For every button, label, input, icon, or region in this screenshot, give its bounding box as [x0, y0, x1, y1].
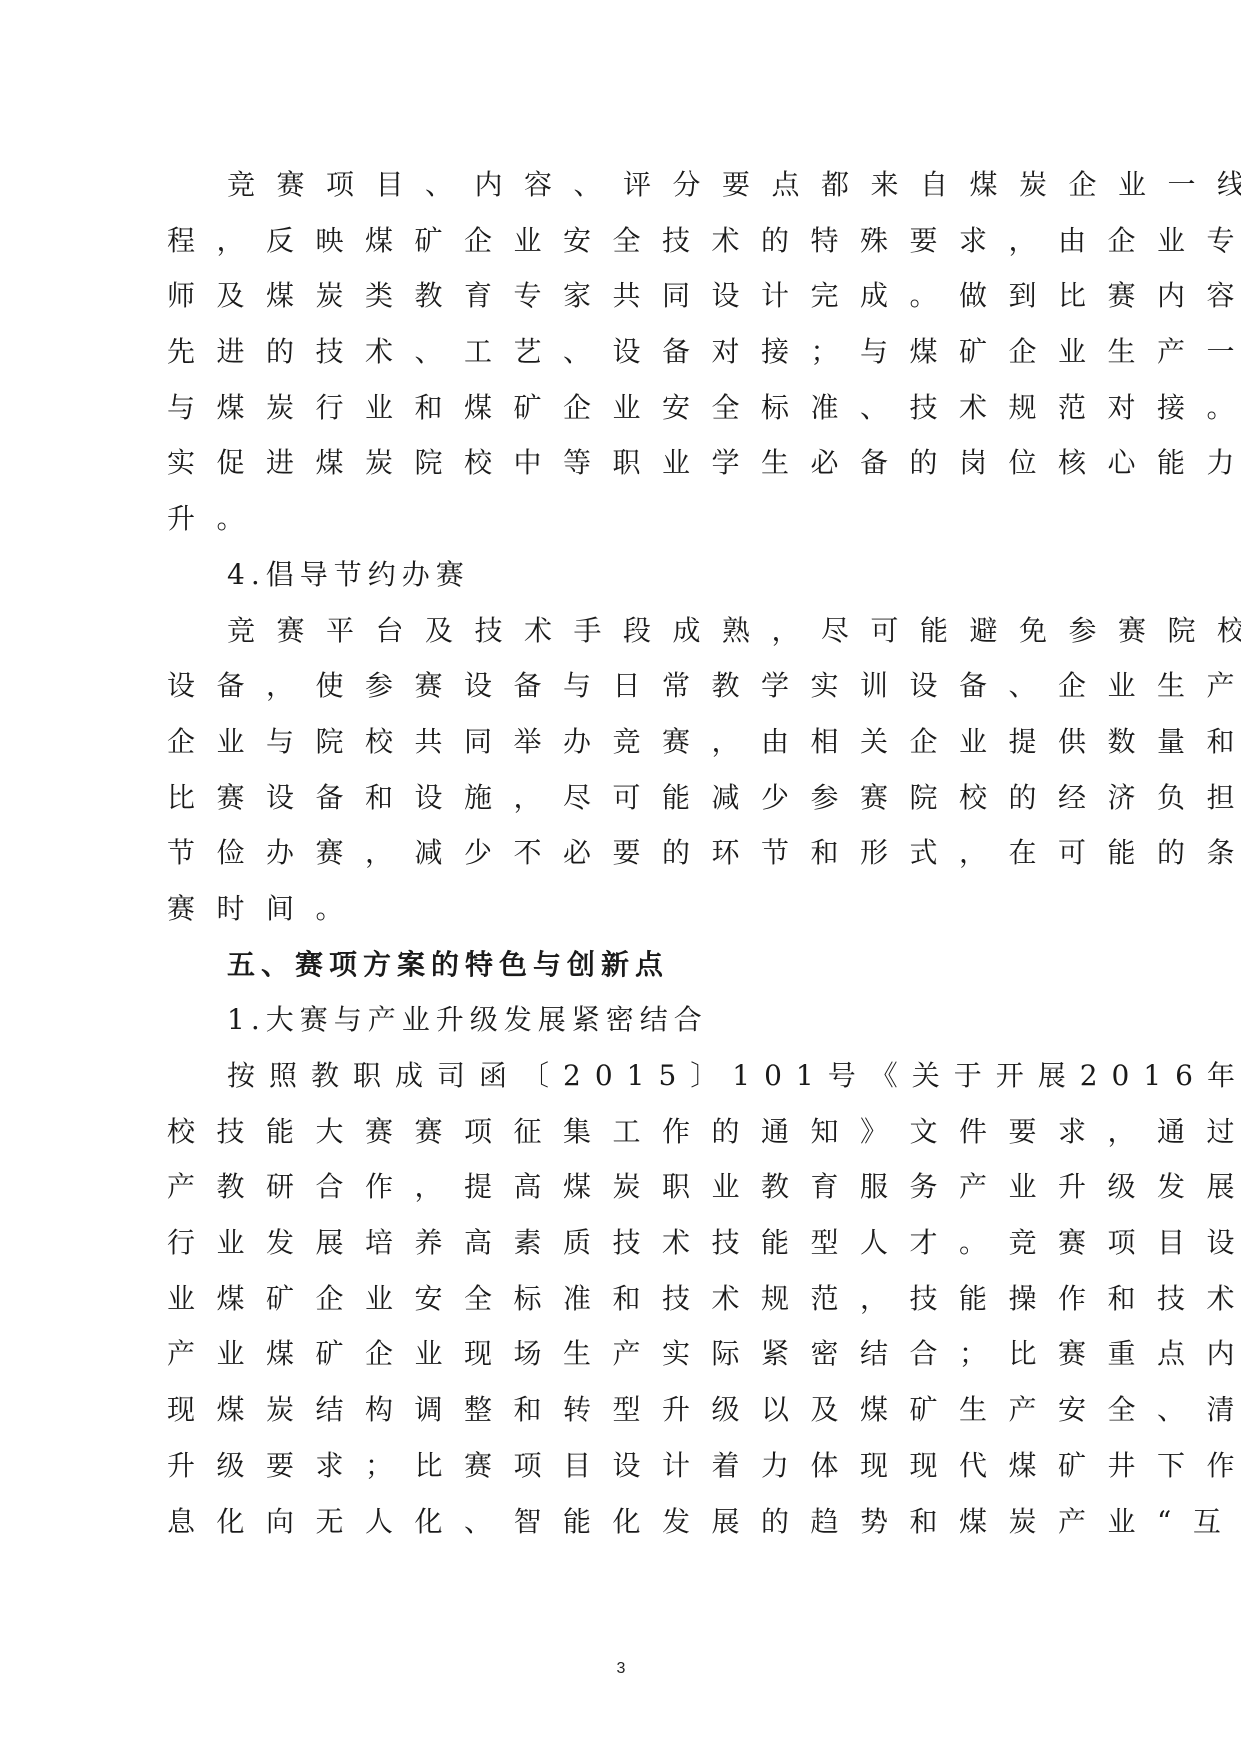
text-line: 竞赛项目、内容、评分要点都来自煤炭企业一线的典型工作过 — [167, 157, 1073, 213]
text-line: 校技能大赛赛项征集工作的通知》文件要求，通过技能大赛，推动 — [167, 1104, 1073, 1160]
text-line: 升。 — [167, 491, 1073, 547]
page-content: 竞赛项目、内容、评分要点都来自煤炭企业一线的典型工作过 程，反映煤矿企业安全技术… — [167, 157, 1073, 1549]
section-heading: 五、赛项方案的特色与创新点 — [167, 937, 1073, 993]
text-line: 与煤炭行业和煤矿企业安全标准、技术规范对接。通过技能大赛切 — [167, 380, 1073, 436]
text-line: 节俭办赛，减少不必要的环节和形式，在可能的条件下尽量缩短比 — [167, 825, 1073, 881]
paragraph-frugal-competition: 竞赛平台及技术手段成熟，尽可能避免参赛院校重复投入采购 设备，使参赛设备与日常教… — [167, 603, 1073, 937]
page-number: 3 — [614, 1660, 628, 1678]
subheading-frugal-competition: 4.倡导节约办赛 — [167, 547, 1073, 603]
text-line: 产教研合作，提高煤炭职业教育服务产业升级发展的能力，为煤炭 — [167, 1159, 1073, 1215]
text-line: 比赛设备和设施，尽可能减少参赛院校的经济负担；从实际出发， — [167, 770, 1073, 826]
text-line: 竞赛平台及技术手段成熟，尽可能避免参赛院校重复投入采购 — [167, 603, 1073, 659]
text-line: 现煤炭结构调整和转型升级以及煤矿生产安全、清洁、高效的产业 — [167, 1382, 1073, 1438]
text-line: 赛时间。 — [167, 881, 1073, 937]
text-line: 师及煤炭类教育专家共同设计完成。做到比赛内容设计与煤炭企业 — [167, 268, 1073, 324]
text-line: 产业煤矿企业现场生产实际紧密结合；比赛重点内容和环节充分体 — [167, 1326, 1073, 1382]
document-page: 竞赛项目、内容、评分要点都来自煤炭企业一线的典型工作过 程，反映煤矿企业安全技术… — [0, 0, 1241, 1754]
text-line: 息化向无人化、智能化发展的趋势和煤炭产业“互联网+煤矿机电设 — [167, 1494, 1073, 1550]
subheading-industry-upgrade: 1.大赛与产业升级发展紧密结合 — [167, 992, 1073, 1048]
text-line: 先进的技术、工艺、设备对接；与煤矿企业生产一线工作情境对接； — [167, 324, 1073, 380]
text-line: 行业发展培养高素质技术技能型人才。竞赛项目设计均参照煤炭行 — [167, 1215, 1073, 1271]
text-line: 程，反映煤矿企业安全技术的特殊要求，由企业专家和高职院校教 — [167, 213, 1073, 269]
paragraph-industry-upgrade: 按照教职成司函〔2015〕101号《关于开展2016年全国职业院 校技能大赛赛项… — [167, 1048, 1073, 1549]
text-line: 设备，使参赛设备与日常教学实训设备、企业生产设备保持一致； — [167, 658, 1073, 714]
text-line: 业煤矿企业安全标准和技术规范，技能操作和技术操作要求与煤炭 — [167, 1271, 1073, 1327]
text-line: 实促进煤炭院校中等职业学生必备的岗位核心能力和职业素养的提 — [167, 435, 1073, 491]
text-line: 按照教职成司函〔2015〕101号《关于开展2016年全国职业院 — [167, 1048, 1073, 1104]
paragraph-competition-design: 竞赛项目、内容、评分要点都来自煤炭企业一线的典型工作过 程，反映煤矿企业安全技术… — [167, 157, 1073, 547]
text-line: 企业与院校共同举办竞赛，由相关企业提供数量和内容达到要求的 — [167, 714, 1073, 770]
text-line: 升级要求；比赛项目设计着力体现现代煤矿井下作业从少人化、信 — [167, 1438, 1073, 1494]
